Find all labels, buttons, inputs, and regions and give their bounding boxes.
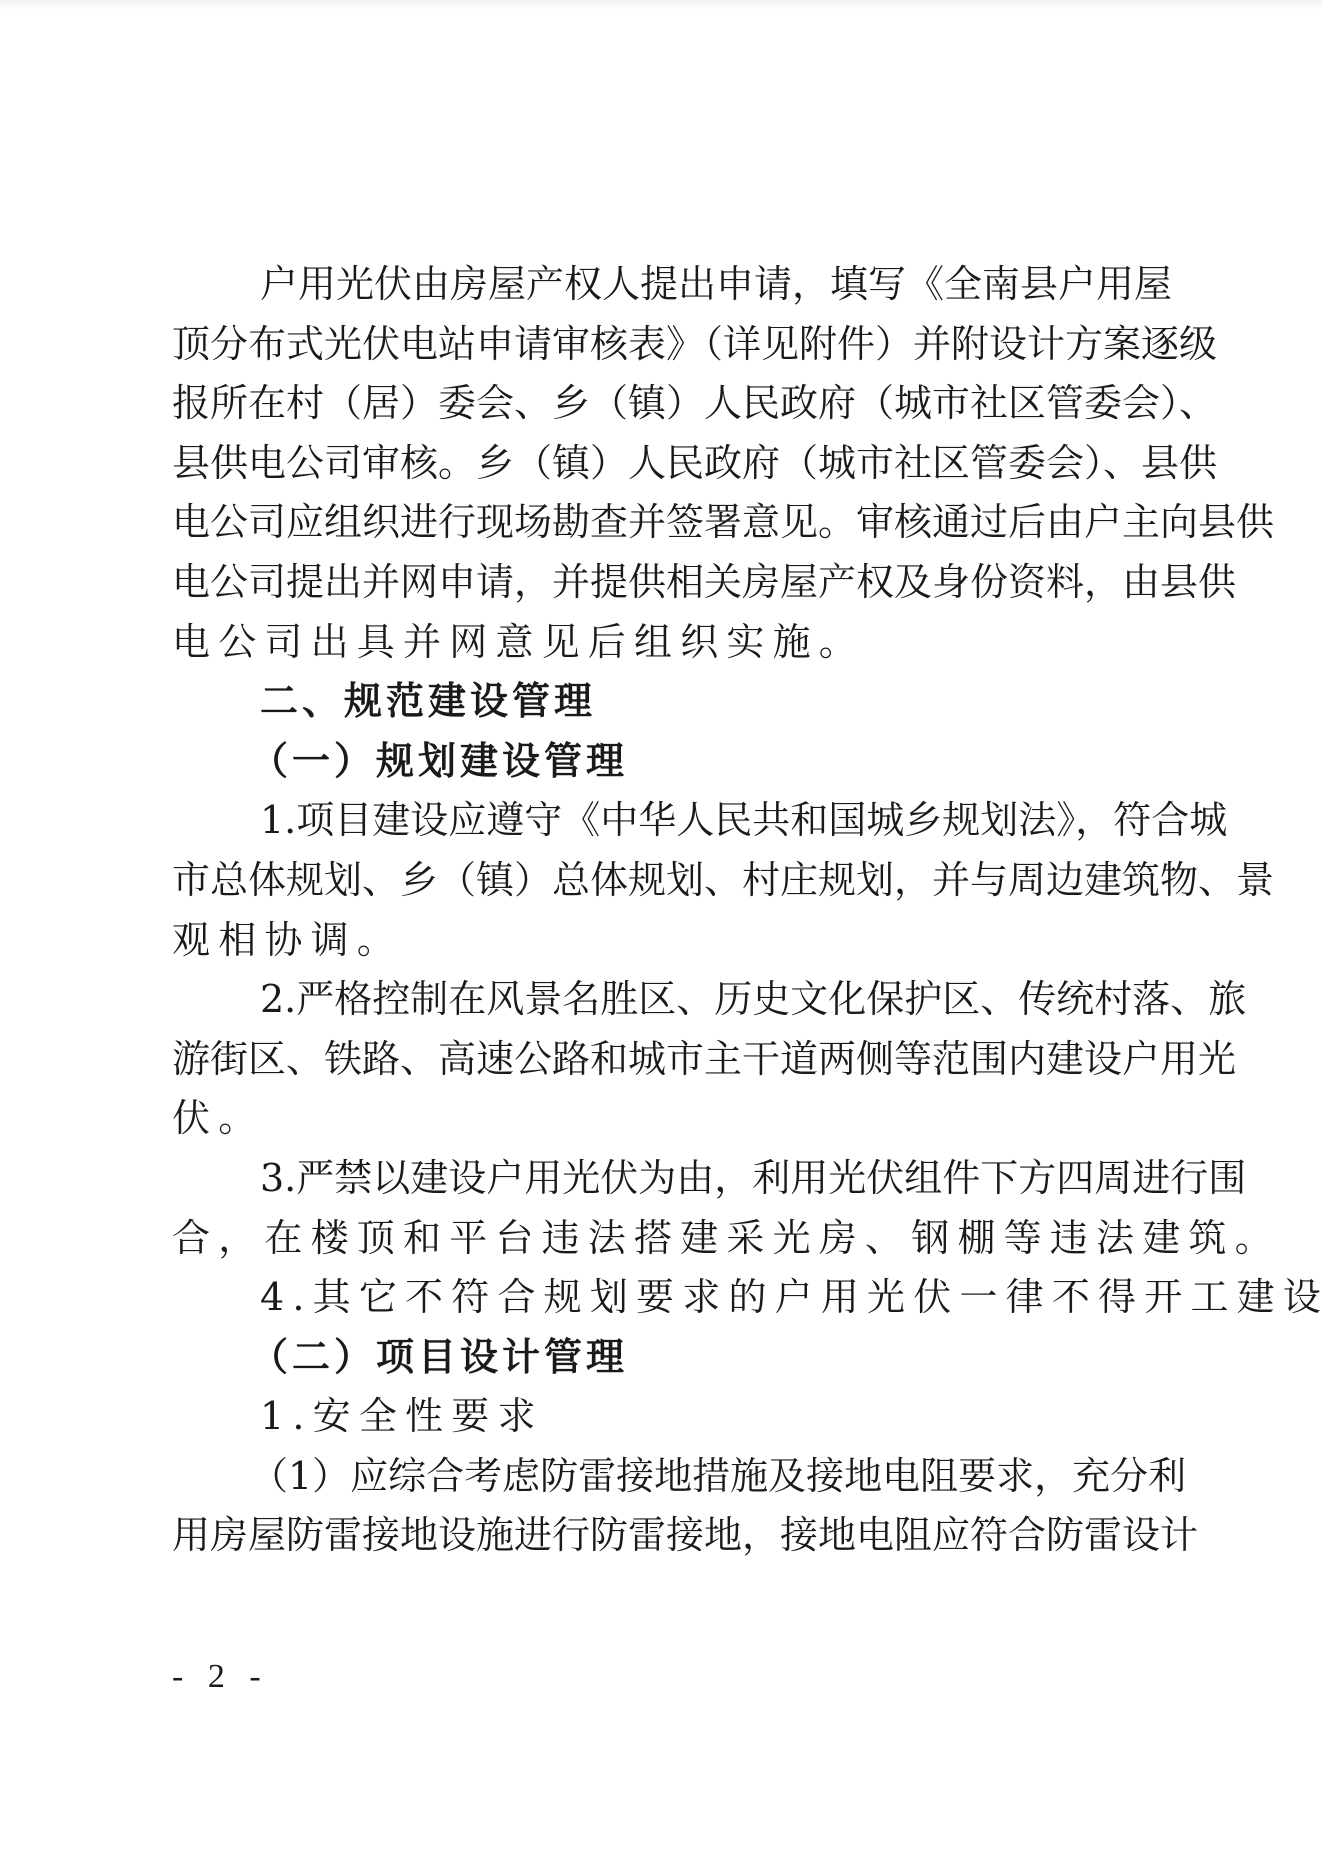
paragraph-line: 伏。 — [172, 1089, 1158, 1149]
paragraph-line: 1.项目建设应遵守《中华人民共和国城乡规划法》，符合城 — [172, 791, 1158, 851]
paragraph-line: （1）应综合考虑防雷接地措施及接地电阻要求，充分利 — [172, 1447, 1158, 1507]
paragraph-line: 用房屋防雷接地设施进行防雷接地，接地电阻应符合防雷设计 — [172, 1506, 1158, 1566]
paragraph-line: 县供电公司审核。乡（镇）人民政府（城市社区管委会）、县供 — [172, 434, 1158, 494]
paragraph-line: 报所在村（居）委会、乡（镇）人民政府（城市社区管委会）、 — [172, 374, 1158, 434]
paragraph-line: 1.安全性要求 — [172, 1387, 1158, 1447]
subsection-heading: （一）规划建设管理 — [172, 732, 1158, 792]
page-number: - 2 - — [172, 1658, 269, 1696]
paragraph-line: 电公司提出并网申请，并提供相关房屋产权及身份资料，由县供 — [172, 553, 1158, 613]
document-body: 户用光伏由房屋产权人提出申请，填写《全南县户用屋 顶分布式光伏电站申请审核表》（… — [172, 255, 1158, 1566]
paragraph-line: 2.严格控制在风景名胜区、历史文化保护区、传统村落、旅 — [172, 970, 1158, 1030]
scan-top-edge — [0, 0, 1322, 10]
paragraph-line: 3.严禁以建设户用光伏为由，利用光伏组件下方四周进行围 — [172, 1149, 1158, 1209]
paragraph-line: 市总体规划、乡（镇）总体规划、村庄规划，并与周边建筑物、景 — [172, 851, 1158, 911]
paragraph-line: 合，在楼顶和平台违法搭建采光房、钢棚等违法建筑。 — [172, 1209, 1158, 1269]
paragraph-line: 观相协调。 — [172, 911, 1158, 971]
paragraph-line: 电公司应组织进行现场勘查并签署意见。审核通过后由户主向县供 — [172, 493, 1158, 553]
paragraph-line: 电公司出具并网意见后组织实施。 — [172, 613, 1158, 673]
paragraph-line: 游街区、铁路、高速公路和城市主干道两侧等范围内建设户用光 — [172, 1030, 1158, 1090]
paragraph-line: 4.其它不符合规划要求的户用光伏一律不得开工建设。 — [172, 1268, 1158, 1328]
subsection-heading: （二）项目设计管理 — [172, 1328, 1158, 1388]
section-heading: 二、规范建设管理 — [172, 672, 1158, 732]
paragraph-line: 户用光伏由房屋产权人提出申请，填写《全南县户用屋 — [172, 255, 1158, 315]
paragraph-line: 顶分布式光伏电站申请审核表》（详见附件）并附设计方案逐级 — [172, 315, 1158, 375]
